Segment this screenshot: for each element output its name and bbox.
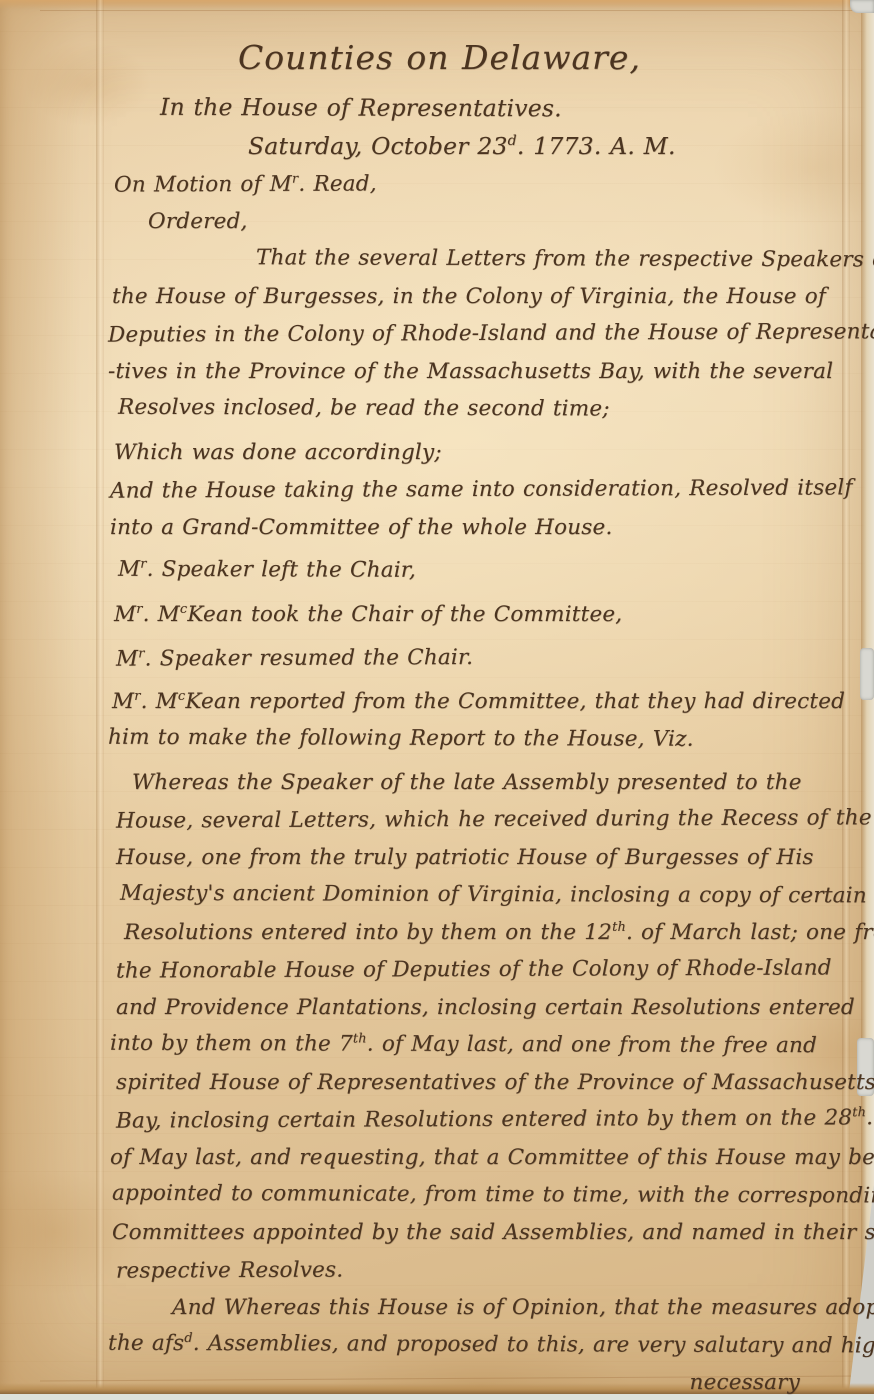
manuscript-line-28: Bay, inclosing certain Resolutions enter… [108, 1099, 844, 1140]
manuscript-line-2: In the House of Representatives. [108, 89, 844, 129]
manuscript-line-29: of May last, and requesting, that a Comm… [108, 1139, 844, 1177]
manuscript-line-7: the House of Burgesses, in the Colony of… [108, 278, 844, 316]
manuscript-line-17: Mr. McKean reported from the Committee, … [108, 683, 844, 721]
torn-notch [860, 648, 874, 700]
catchword: necessary [108, 1364, 844, 1400]
manuscript-line-33: And Whereas this House is of Opinion, th… [108, 1289, 844, 1327]
manuscript-line-13: into a Grand-Committee of the whole Hous… [108, 509, 844, 547]
manuscript-page: Counties on Delaware,In the House of Rep… [0, 0, 874, 1400]
manuscript-line-15: Mr. McKean took the Chair of the Committ… [108, 596, 844, 634]
manuscript-line-8: Deputies in the Colony of Rhode-Island a… [108, 313, 844, 354]
manuscript-line-16: Mr. Speaker resumed the Chair. [108, 637, 844, 678]
manuscript-line-20: House, several Letters, which he receive… [108, 799, 844, 840]
document-title-line: Counties on Delaware, [108, 16, 844, 90]
manuscript-line-6: That the several Letters from the respec… [108, 239, 844, 279]
manuscript-line-5: Ordered, [108, 203, 844, 241]
manuscript-line-26: into by them on the 7th. of May last, an… [108, 1025, 844, 1065]
manuscript-line-31: Committees appointed by the said Assembl… [108, 1214, 844, 1252]
manuscript-line-3: Saturday, October 23d. 1773. A. M. [108, 128, 844, 166]
manuscript-text: Counties on Delaware,In the House of Rep… [108, 16, 844, 1400]
manuscript-line-18: him to make the following Report to the … [108, 719, 844, 759]
manuscript-line-24: the Honorable House of Deputies of the C… [108, 949, 844, 990]
manuscript-line-12: And the House taking the same into consi… [108, 469, 844, 510]
manuscript-line-30: appointed to communicate, from time to t… [108, 1175, 844, 1215]
torn-notch [850, 0, 874, 13]
panel-top-line [40, 10, 860, 11]
paper-top-edge [0, 0, 874, 9]
manuscript-line-23: Resolutions entered into by them on the … [108, 914, 844, 952]
manuscript-line-25: and Providence Plantations, inclosing ce… [108, 989, 844, 1027]
photograph-backdrop: Counties on Delaware,In the House of Rep… [0, 0, 874, 1400]
manuscript-line-14: Mr. Speaker left the Chair, [108, 551, 844, 591]
manuscript-line-32: respective Resolves. [108, 1249, 844, 1290]
manuscript-line-10: Resolves inclosed, be read the second ti… [108, 389, 844, 429]
manuscript-line-34: the afsd. Assemblies, and proposed to th… [108, 1325, 844, 1365]
manuscript-line-4: On Motion of Mr. Read, [108, 163, 844, 204]
manuscript-line-19: Whereas the Speaker of the late Assembly… [108, 764, 844, 802]
manuscript-line-22: Majesty's ancient Dominion of Virginia, … [108, 875, 844, 915]
manuscript-line-27: spirited House of Representatives of the… [108, 1064, 844, 1102]
manuscript-line-9: -tives in the Province of the Massachuse… [108, 353, 844, 391]
left-outer-margin [0, 0, 96, 1400]
manuscript-line-11: Which was done accordingly; [108, 434, 844, 472]
left-fold-crease [96, 0, 104, 1400]
manuscript-line-21: House, one from the truly patriotic Hous… [108, 839, 844, 877]
